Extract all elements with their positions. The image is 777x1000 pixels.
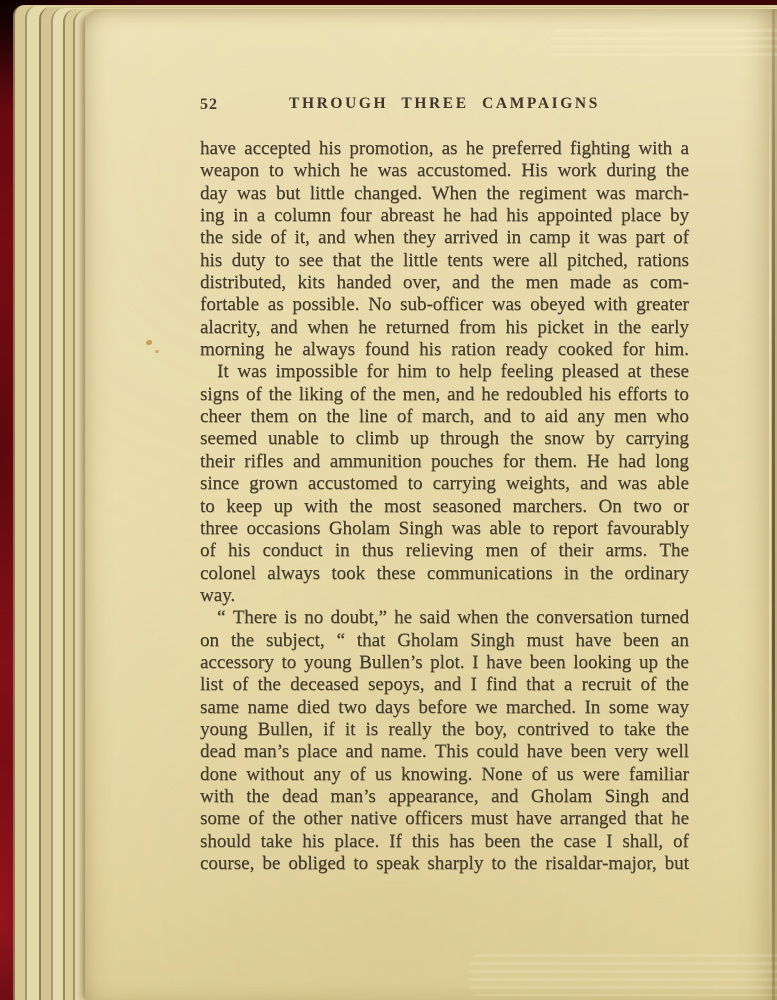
page-curl-highlight [550,29,777,59]
word: arms. [606,540,648,562]
word: plot. [430,652,464,674]
running-header: THROUGH THREE CAMPAIGNS [200,95,689,113]
word: the [666,674,689,696]
word: them [251,406,289,428]
word: ordinary [625,563,689,585]
word: alacrity, [200,317,260,339]
word: he [358,317,376,339]
word: the [231,630,254,652]
word: days [375,697,410,719]
word: which [294,160,340,182]
word: been [484,831,520,853]
word: he [466,138,484,160]
text-line: Itwasimpossibleforhimtohelpfeelingplease… [200,361,689,383]
word: None [481,764,522,786]
text-line: cheerthemonthelineofmarch,andtoaidanymen… [200,406,689,428]
word: with [304,496,338,518]
word: ing [200,205,224,227]
word: done [200,764,237,786]
word: to [491,853,506,875]
word: early [651,317,689,339]
word: he [274,339,292,361]
word: us [375,764,392,786]
word: to [674,384,689,406]
paragraph: haveacceptedhispromotion,ashepreferredfi… [200,138,689,361]
word: the [666,652,689,674]
word: grown [249,473,298,495]
word: two [338,697,367,719]
text-line: youngBullen,ifitisreallytheboy,contrived… [200,719,689,741]
word: distributed, [200,272,286,294]
word: have [200,138,236,160]
word: could [476,741,518,763]
word: have [486,652,522,674]
word: seemed [200,428,257,450]
word: arrived [444,227,498,249]
word: I [472,652,478,674]
word: any [313,764,340,786]
word: name. [381,741,427,763]
word: When [432,183,477,205]
word: was [598,227,628,249]
word: without [246,764,304,786]
word: if [323,719,335,741]
text-line: daywasbutlittlechanged.Whentheregimentwa… [200,183,689,205]
word: Gholam [329,518,390,540]
word: three [200,518,238,540]
word: way [657,697,689,719]
word: was [451,518,481,540]
word: I [606,831,612,853]
word: man’s [330,786,375,808]
word: in [506,227,521,249]
word: keep [226,496,262,518]
word: possible. [292,294,359,316]
word: any [577,406,604,428]
word: ready [506,339,548,361]
text-line: donewithoutanyofusknowing.Noneofuswerefa… [200,764,689,786]
page-number: 52 [200,96,218,114]
word: camp [529,227,570,249]
word: the [510,428,533,450]
word: accustomed. [417,160,511,182]
word: in [564,563,579,585]
word: must [471,808,508,830]
word: boy, [475,719,507,741]
word: and [318,227,345,249]
word: rations [637,250,689,272]
word: for [503,451,525,473]
word: over, [403,272,441,294]
text-line: accessorytoyoungBullen’splot.Ihavebeenlo… [200,652,689,674]
word: made [570,272,611,294]
word: weights, [506,473,570,495]
word: his [419,339,441,361]
word: Bullen, [258,719,313,741]
word: been [530,652,566,674]
word: little [310,183,345,205]
word: and [484,406,511,428]
word: weapon [200,160,259,182]
word: he [394,607,412,629]
text-line: ofhisconductinthusrelievingmenoftheirarm… [200,540,689,562]
word: was [237,183,267,205]
word: to [269,160,284,182]
word: familiar [629,764,689,786]
word: picket [537,317,583,339]
word: but [276,183,300,205]
word: two [633,496,662,518]
word: favourably [607,518,689,540]
word: carrying [433,473,496,495]
word: climb [356,428,399,450]
word: It [217,361,229,383]
word: and [434,674,461,696]
word: subject, [266,630,325,652]
word: was [618,473,648,495]
word: preferred [492,138,562,160]
word: of [270,227,286,249]
word: seasoned [433,496,502,518]
word: of [248,808,264,830]
text-line: way. [200,585,689,607]
word: were [492,250,529,272]
word: case [563,831,596,853]
word: we [475,697,497,719]
word: up [274,496,293,518]
word: and [447,384,474,406]
word: with [594,294,628,316]
word: no [304,607,323,629]
word: should [200,831,251,853]
word: four [340,205,372,227]
word: of [397,406,413,428]
word: abreast [380,205,434,227]
text-line: alacrity,andwhenhereturnedfromhispicketi… [200,317,689,339]
word: had [618,451,645,473]
page-curl-highlight [470,954,777,996]
word: has [449,831,474,853]
word: young [304,652,352,674]
word: see [299,250,323,272]
word: the [373,384,396,406]
word: he [481,384,499,406]
text-line: withthedeadman’sappearance,andGholamSing… [200,786,689,808]
text-line: thesideofit,andwhentheyarrivedincampitwa… [200,227,689,249]
paragraph: Itwasimpossibleforhimtohelpfeelingplease… [200,361,689,607]
word: for [367,361,389,383]
word: and [491,786,518,808]
word: when [354,227,395,249]
word: the [491,272,514,294]
word: of [530,540,546,562]
word: On [598,496,621,518]
word: his [506,205,528,227]
word: young [200,719,248,741]
word: the [200,227,223,249]
word: his [302,831,324,853]
word: He [587,451,609,473]
word: unable [268,428,319,450]
word: in [594,317,609,339]
word: handed [336,272,391,294]
word: all [539,250,558,272]
word: greater [636,294,689,316]
text-line: inginacolumnfourabreasthehadhisappointed… [200,205,689,227]
word: I [471,674,477,696]
word: place. [334,831,379,853]
word: changed. [354,183,422,205]
word: name [247,697,288,719]
word: way. [200,585,235,607]
word: speak [376,853,419,875]
word: Gholam [531,786,592,808]
word: signs [200,384,239,406]
word: or [673,496,689,518]
word: take [261,831,293,853]
word: these [377,563,416,585]
word: report [553,518,598,540]
word: his [505,317,527,339]
text-line: morninghealwaysfoundhisrationreadycooked… [200,339,689,361]
text-line: distributed,kitshandedover,andthemenmade… [200,272,689,294]
word: and [580,473,607,495]
word: dead [200,741,236,763]
word: found [365,339,409,361]
word: the [590,563,613,585]
word: promotion, [349,138,433,160]
text-line: haveacceptedhispromotion,ashepreferredfi… [200,138,689,160]
word: up [410,428,429,450]
text-line: sincegrownaccustomedtocarryingweights,an… [200,473,689,495]
text-line: course,beobligedtospeaksharplytotherisal… [200,853,689,875]
word: the [530,831,553,853]
paragraph: “Thereisnodoubt,”hesaidwhentheconversati… [200,607,689,875]
word: recruit [582,674,632,696]
word: the [370,250,393,272]
word: that [526,674,555,696]
word: place [297,741,337,763]
word: an [671,630,689,652]
word: conversation [536,607,633,629]
word: as [623,272,639,294]
page-content: 52 THROUGH THREE CAMPAIGNS haveacceptedh… [200,95,689,875]
word: they [403,227,436,249]
word: looking [573,652,631,674]
word: march- [635,183,689,205]
word: on [298,406,317,428]
word: and [345,741,372,763]
word: dead [282,786,318,808]
word: been [571,741,607,763]
word: pitched, [567,250,628,272]
word: them. [534,451,577,473]
word: that [333,250,362,272]
word: took [331,563,365,585]
word: This [435,741,469,763]
word: same [200,697,239,719]
word: morning [200,339,264,361]
word: knowing. [401,764,472,786]
word: tents [447,250,483,272]
word: but [665,853,689,875]
word: man’s [244,741,289,763]
word: during [606,160,656,182]
text-line: seemedunabletoclimbupthroughthesnowbycar… [200,428,689,450]
word: at [628,361,642,383]
word: shall, [622,831,663,853]
word: of [532,764,548,786]
word: rifles [244,451,283,473]
word: his [319,138,341,160]
word: a [257,205,265,227]
word: native [351,808,397,830]
word: the [486,183,509,205]
word: the [618,317,641,339]
word: Gholam [397,630,458,652]
word: The [659,540,689,562]
word: the [349,496,372,518]
word: died [297,697,330,719]
word: that [634,808,663,830]
text-line: samenamediedtwodaysbeforewemarched.Insom… [200,697,689,719]
word: and [661,786,688,808]
word: most [384,496,421,518]
word: him [397,361,427,383]
word: obeyed [530,294,585,316]
word: of [246,384,262,406]
word: his [228,540,250,562]
word: “ [336,630,344,652]
word: the [666,719,689,741]
word: ammunition [330,451,422,473]
word: was [237,361,267,383]
word: take [624,719,656,741]
word: returned [386,317,449,339]
word: and [452,272,479,294]
word: sharply [427,853,483,875]
word: aid [545,406,568,428]
text-line: threeoccasionsGholamSinghwasabletoreport… [200,518,689,540]
word: colonel [200,563,256,585]
word: when [307,317,348,339]
word: through [440,428,499,450]
text-line: listofthedeceasedsepoys,andIfindthatarec… [200,674,689,696]
word: officers [405,808,463,830]
word: who [656,406,689,428]
word: com- [650,272,689,294]
word: of [350,384,366,406]
word: men [485,540,518,562]
word: the [269,384,292,406]
word: his [589,384,611,406]
word: a [680,138,688,160]
word: accessory [200,652,274,674]
page-header: 52 THROUGH THREE CAMPAIGNS [200,95,689,115]
word: to [353,853,368,875]
word: to [599,719,614,741]
word: Bullen’s [359,652,422,674]
word: relieving [406,540,474,562]
word: fighting [570,138,630,160]
word: feeling [500,361,553,383]
word: Singh [470,630,514,652]
word: His [521,160,547,182]
word: had [470,205,497,227]
word: duty [232,250,266,272]
word: it, [294,227,309,249]
word: marched. [506,697,576,719]
word: to [330,428,345,450]
word: the [326,406,349,428]
word: well [656,741,689,763]
word: with [200,786,234,808]
word: very [614,741,648,763]
word: other [303,808,342,830]
text-line: “Thereisnodoubt,”hesaidwhentheconversati… [200,607,689,629]
word: the [272,808,295,830]
word: really [388,719,431,741]
word: was [378,160,408,182]
word: for [623,339,645,361]
word: able [489,518,521,540]
text-line: signsofthelikingofthemen,andheredoubledh… [200,384,689,406]
word: by [670,205,689,227]
word: in [335,540,350,562]
word: list [200,674,223,696]
word: risaldar-major, [545,853,656,875]
word: Singh [605,786,649,808]
word: fortable [200,294,259,316]
word: the [514,853,537,875]
word: be [262,853,280,875]
word: efforts [618,384,667,406]
text-line: weapontowhichhewasaccustomed.Hisworkduri… [200,160,689,182]
word: There [233,607,277,629]
word: sub-officer [400,294,483,316]
word: of [200,540,216,562]
word: kits [298,272,325,294]
word: their [558,540,593,562]
word: in [233,205,248,227]
word: Singh [399,518,443,540]
word: of [673,227,689,249]
word: liking [299,384,343,406]
word: In [584,697,600,719]
word: from [459,317,496,339]
word: day [200,183,227,205]
word: column [274,205,331,227]
word: and [293,451,320,473]
word: was [596,183,626,205]
word: he [443,205,461,227]
word: find [486,674,517,696]
word: impossible [276,361,358,383]
word: men [614,406,647,428]
word: to [408,473,423,495]
word: of [233,674,249,696]
word: with [638,138,672,160]
word: is [366,719,379,741]
word: it [345,719,356,741]
word: thus [362,540,394,562]
text-line: someoftheothernativeofficersmusthavearra… [200,808,689,830]
word: regiment [519,183,587,205]
text-line: shouldtakehisplace.IfthishasbeenthecaseI… [200,831,689,853]
word: have [527,741,563,763]
word: some [200,808,240,830]
word: was [492,294,522,316]
